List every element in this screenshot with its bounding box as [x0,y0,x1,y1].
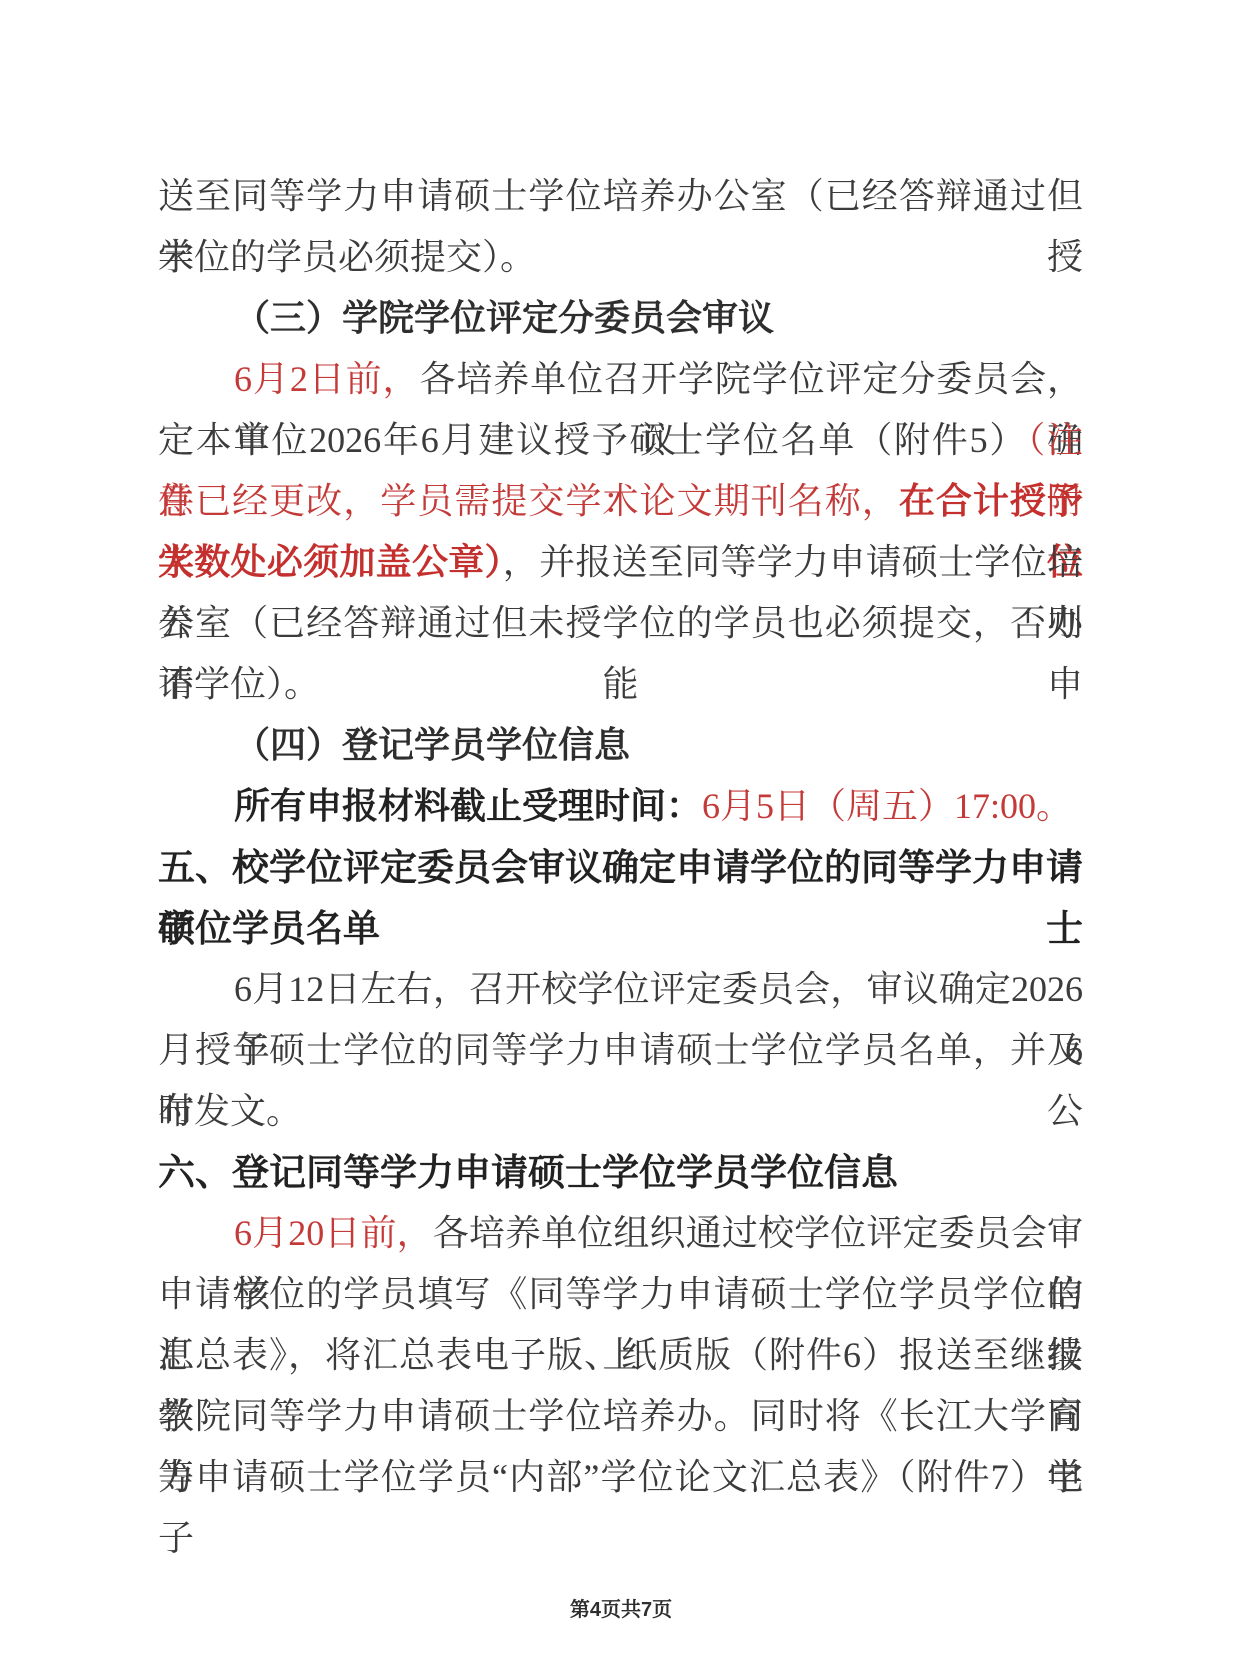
text-line: 送至同等学力申请硕士学位培养办公室（已经答辩通过但未授 [158,166,1083,227]
text-line: 公室（已经答辩通过但未授学位的学员也必须提交，否则不能申 [158,593,1083,654]
text-segment: （四）登记学员学位信息 [234,725,630,765]
text-segment: 力申请硕士学位学员“内部”学位论文汇总表》（附件7）电子 [158,1457,1083,1558]
text-segment: 学位的学员必须提交）。 [158,237,536,277]
page-footer: 第4页共7页 [0,1593,1242,1622]
text-segment: 请学位）。 [158,664,320,704]
text-line: 6月12日左右，召开校学位评定委员会，审议确定2026年6 [158,959,1083,1020]
text-segment: 学位学员名单 [158,908,380,949]
text-line: 定本单位2026年6月建议授予硕士学位名单（附件5）（注意：附 [158,410,1083,471]
document-content: 送至同等学力申请硕士学位培养办公室（已经答辩通过但未授 学位的学员必须提交）。 … [158,166,1083,1508]
text-line: 学院同等学力申请硕士学位培养办。同时将《长江大学同等学 [158,1386,1083,1447]
subsection-heading-4: （四）登记学员学位信息 [158,715,1083,776]
deadline-date: 6月2日前， [234,359,419,399]
text-line: 汇总表》，将汇总表电子版、纸质版（附件6）报送至继续教育 [158,1325,1083,1386]
deadline-label: 所有申报材料截止受理时间： [234,786,702,826]
text-line: 人数处必须加盖公章），并报送至同等学力申请硕士学位培养办 [158,532,1083,593]
text-segment: 定本单位2026年6月建议授予硕士学位名单（附件5） [158,420,1027,460]
subsection-heading-3: （三）学院学位评定分委员会审议 [158,288,1083,349]
deadline-date: 6月5日（周五）17:00。 [702,786,1072,826]
text-line: 力申请硕士学位学员“内部”学位论文汇总表》（附件7）电子 [158,1447,1083,1508]
document-page: 送至同等学力申请硕士学位培养办公室（已经答辩通过但未授 学位的学员必须提交）。 … [0,0,1242,1656]
text-line: 6月2日前，各培养单位召开学院学位评定分委员会，审议确 [158,349,1083,410]
notice-text-emphasis: 人数处必须加盖公章） [158,542,503,582]
text-segment: （三）学院学位评定分委员会审议 [234,298,774,338]
text-segment: 六、登记同等学力申请硕士学位学员学位信息 [158,1152,898,1193]
deadline-line: 所有申报材料截止受理时间：6月5日（周五）17:00。 [158,776,1083,837]
text-line: 6月20日前，各培养单位组织通过校学位评定委员会审核的 [158,1203,1083,1264]
notice-text: 件已经更改，学员需提交学术论文期刊名称， [158,481,899,521]
section-heading-6: 六、登记同等学力申请硕士学位学员学位信息 [158,1142,1083,1203]
text-segment: 布发文。 [158,1091,302,1131]
text-line: 件已经更改，学员需提交学术论文期刊名称，在合计授予学位 [158,471,1083,532]
section-heading-5: 五、校学位评定委员会审议确定申请学位的同等学力申请硕士 [158,837,1083,898]
text-line: 月授予硕士学位的同等学力申请硕士学位学员名单，并及时公 [158,1020,1083,1081]
deadline-date: 6月20日前， [234,1213,433,1253]
text-line: 申请学位的学员填写《同等学力申请硕士学位学员学位信息上报 [158,1264,1083,1325]
